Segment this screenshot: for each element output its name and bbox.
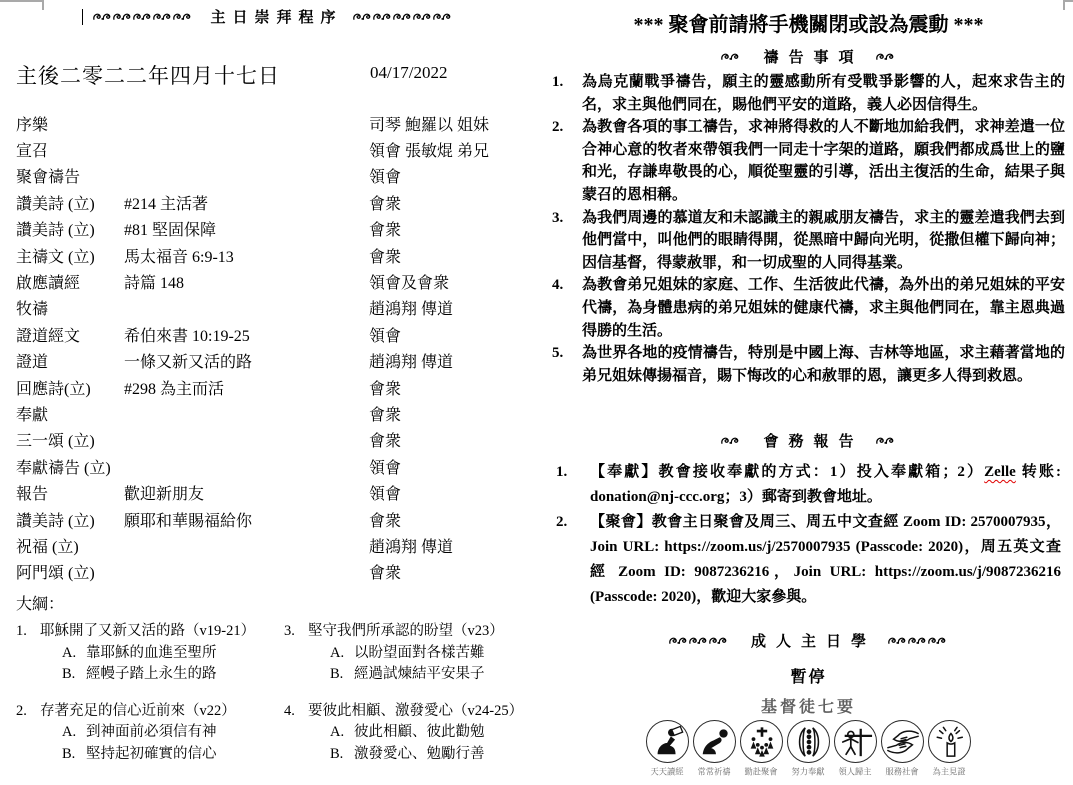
outline-subtext: 以盼望面對各樣苦難 xyxy=(354,643,523,665)
item-number: 1. xyxy=(556,460,590,510)
item-text: 為教會各項的事工禱告，求神將得救的人不斷地加給我們，求神差遣一位合神心意的牧者來… xyxy=(582,116,1065,206)
essential-item: 天天讀經 xyxy=(645,720,691,778)
outline-number: 3. xyxy=(284,621,308,643)
table-row: 宣召領會 張敏焜 弟兄 xyxy=(16,136,521,162)
swirl-ornament xyxy=(721,51,741,62)
outline-subtext: 經過試煉結平安果子 xyxy=(354,664,523,686)
outline-subnumber: A. xyxy=(62,643,86,665)
list-item: 1. 【奉獻】教會接收奉獻的方式：1）投入奉獻箱；2）Zelle 转账: don… xyxy=(556,460,1061,510)
text-cursor xyxy=(82,9,83,25)
service-content: 願耶和華賜福給你 xyxy=(124,508,369,531)
essential-label: 領人歸主 xyxy=(839,766,872,778)
outline-number: 1. xyxy=(16,621,40,643)
list-item: 2. 【聚會】教會主日聚會及周三、周五中文查經 Zoom ID: 2570007… xyxy=(556,510,1061,610)
essential-label: 天天讀經 xyxy=(651,766,684,778)
outline-title: 耶穌開了又新又活的路（v19-21） xyxy=(40,621,284,643)
outline-subtext: 堅持起初確實的信心 xyxy=(86,744,284,766)
essential-item: 努力奉獻 xyxy=(786,720,832,778)
table-row: 主禱文 (立)馬太福音 6:9-13會衆 xyxy=(16,242,521,268)
date-numeric: 04/17/2022 xyxy=(370,63,447,83)
service-item: 主禱文 (立) xyxy=(16,244,124,267)
list-item: 2.為教會各項的事工禱告，求神將得救的人不斷地加給我們，求神差遣一位合神心意的牧… xyxy=(552,116,1065,206)
service-person: 趙鴻翔 傳道 xyxy=(369,296,521,319)
section-heading-text: 成人主日學 xyxy=(741,630,876,651)
swirl-ornament xyxy=(888,635,948,646)
service-person: 領會 xyxy=(369,455,521,478)
service-person: 趙鴻翔 傳道 xyxy=(369,349,521,372)
essential-label: 服務社會 xyxy=(886,766,919,778)
swirl-ornament xyxy=(876,435,896,446)
service-person: 領會及會衆 xyxy=(369,270,521,293)
swirl-ornament xyxy=(669,635,729,646)
outline-subtext: 靠耶穌的血進至聖所 xyxy=(86,643,284,665)
service-item: 牧禱 xyxy=(16,296,124,319)
service-content: 歡迎新朋友 xyxy=(124,481,369,504)
sunday-school-heading: 成人主日學 xyxy=(552,630,1065,651)
seven-essentials-title: 基督徒七要 xyxy=(552,694,1065,717)
service-item: 報告 xyxy=(16,481,124,504)
outline-item: 2.存著充足的信心近前來（v22） A.到神面前必須信有神 B.堅持起初確實的信… xyxy=(16,701,284,766)
table-row: 牧禱趙鴻翔 傳道 xyxy=(16,295,521,321)
attend-meetings-icon xyxy=(740,720,783,763)
service-person: 會衆 xyxy=(369,376,521,399)
service-content: 希伯來書 10:19-25 xyxy=(124,323,369,346)
table-row: 讚美詩 (立)#81 堅固保障會衆 xyxy=(16,216,521,242)
service-item: 奉獻禱告 (立) xyxy=(16,455,124,478)
outline-subtext: 經幔子踏上永生的路 xyxy=(86,664,284,686)
item-number: 1. xyxy=(552,71,582,116)
prayer-section-heading: 禱告事項 xyxy=(552,46,1065,67)
table-row: 報告歡迎新朋友領會 xyxy=(16,479,521,505)
service-title-bar: 主日崇拜程序 xyxy=(0,6,535,27)
swirl-ornament xyxy=(721,435,741,446)
service-item: 回應詩(立) xyxy=(16,376,124,399)
essential-item: 領人歸主 xyxy=(833,720,879,778)
item-number: 3. xyxy=(552,207,582,275)
constant-prayer-icon xyxy=(693,720,736,763)
service-content: #214 主活著 xyxy=(124,191,369,214)
table-row: 三一頌 (立)會衆 xyxy=(16,427,521,453)
essential-label: 為主見證 xyxy=(933,766,966,778)
essential-item: 服務社會 xyxy=(880,720,926,778)
table-row: 祝福 (立)趙鴻翔 傳道 xyxy=(16,532,521,558)
item-text: 為烏克蘭戰爭禱告，願主的靈感動所有受戰爭影響的人，起來求告主的名，求主與他們同在… xyxy=(582,71,1065,116)
section-heading-text: 禱告事項 xyxy=(753,46,863,67)
outline-title: 要彼此相顧、激發愛心（v24-25） xyxy=(308,701,523,723)
sunday-school-status: 暫停 xyxy=(552,664,1065,687)
daily-bible-reading-icon xyxy=(646,720,689,763)
service-item: 三一頌 (立) xyxy=(16,428,124,451)
outline-subnumber: B. xyxy=(330,744,354,766)
table-row: 啟應讀經詩篇 148領會及會衆 xyxy=(16,268,521,294)
table-row: 序樂司琴 鮑羅以 姐妹 xyxy=(16,110,521,136)
list-item: 1.為烏克蘭戰爭禱告，願主的靈感動所有受戰爭影響的人，起來求告主的名，求主與他們… xyxy=(552,71,1065,116)
outline-item: 1.耶穌開了又新又活的路（v19-21） A.靠耶穌的血進至聖所 B.經幔子踏上… xyxy=(16,621,284,686)
outline-column-1: 1.耶穌開了又新又活的路（v19-21） A.靠耶穌的血進至聖所 B.經幔子踏上… xyxy=(16,621,284,780)
table-row: 讚美詩 (立)#214 主活著會衆 xyxy=(16,189,521,215)
service-person: 會衆 xyxy=(369,428,521,451)
outline-label: 大綱： xyxy=(16,591,64,614)
item-number: 4. xyxy=(552,274,582,342)
announcements-page: *** 聚會前請將手機關閉或設為震動 *** 禱告事項 1.為烏克蘭戰爭禱告，願… xyxy=(552,0,1065,785)
item-text: 為教會弟兄姐妹的家庭、工作、生活彼此代禱，為外出的弟兄姐妹的平安代禱，為身體患病… xyxy=(582,274,1065,342)
outline-column-2: 3.堅守我們所承認的盼望（v23） A.以盼望面對各樣苦難 B.經過試煉結平安果… xyxy=(284,621,523,780)
outline-subnumber: B. xyxy=(62,664,86,686)
outline-item: 3.堅守我們所承認的盼望（v23） A.以盼望面對各樣苦難 B.經過試煉結平安果… xyxy=(284,621,523,686)
list-item: 5.為世界各地的疫情禱告，特別是中國上海、吉林等地區，求主藉著當地的弟兄姐妹傳揚… xyxy=(552,342,1065,387)
essential-item: 勤赴聚會 xyxy=(739,720,785,778)
outline-number: 4. xyxy=(284,701,308,723)
item-text: 為世界各地的疫情禱告，特別是中國上海、吉林等地區，求主藉著當地的弟兄姐妹傳揚福音… xyxy=(582,342,1065,387)
essential-label: 努力奉獻 xyxy=(792,766,825,778)
service-item: 聚會禱告 xyxy=(16,164,124,187)
service-item: 啟應讀經 xyxy=(16,270,124,293)
outline-subnumber: A. xyxy=(330,643,354,665)
essential-label: 勤赴聚會 xyxy=(745,766,778,778)
service-person: 會衆 xyxy=(369,217,521,240)
essential-item: 為主見證 xyxy=(927,720,973,778)
meeting-zoom-announcement-text: 【聚會】教會主日聚會及周三、周五中文查經 Zoom ID: 2570007935… xyxy=(590,510,1061,610)
diligent-offering-icon xyxy=(787,720,830,763)
outline-subnumber: A. xyxy=(330,722,354,744)
outline-title: 存著充足的信心近前來（v22） xyxy=(40,701,284,723)
witness-for-lord-icon xyxy=(928,720,971,763)
table-row: 證道經文希伯來書 10:19-25領會 xyxy=(16,321,521,347)
service-person: 趙鴻翔 傳道 xyxy=(369,534,521,557)
service-person: 會衆 xyxy=(369,560,521,583)
outline-subtext: 到神面前必須信有神 xyxy=(86,722,284,744)
list-item: 4.為教會弟兄姐妹的家庭、工作、生活彼此代禱，為外出的弟兄姐妹的平安代禱，為身體… xyxy=(552,274,1065,342)
service-person: 領會 xyxy=(369,481,521,504)
service-person: 司琴 鮑羅以 姐妹 xyxy=(369,112,521,135)
service-content: #81 堅固保障 xyxy=(124,217,369,240)
service-person: 會衆 xyxy=(369,402,521,425)
outline-title: 堅守我們所承認的盼望（v23） xyxy=(308,621,523,643)
service-item: 讚美詩 (立) xyxy=(16,217,124,240)
lead-people-to-lord-icon xyxy=(834,720,877,763)
seven-essentials-graphic: 基督徒七要 天天讀經 xyxy=(552,694,1065,778)
list-item: 3.為我們周邊的慕道友和未認識主的親戚朋友禱告，求主的靈差遣我們去到他們當中，叫… xyxy=(552,207,1065,275)
item-number: 2. xyxy=(556,510,590,610)
outline-item: 4.要彼此相顧、激發愛心（v24-25） A.彼此相顧、彼此勸勉 B.激發愛心、… xyxy=(284,701,523,766)
table-row: 阿門頌 (立)會衆 xyxy=(16,559,521,585)
outline-number: 2. xyxy=(16,701,40,723)
table-row: 讚美詩 (立)願耶和華賜福給你會衆 xyxy=(16,506,521,532)
service-content: #298 為主而活 xyxy=(124,376,369,399)
service-item: 讚美詩 (立) xyxy=(16,508,124,531)
date-row: 主後二零二二年四月十七日 04/17/2022 xyxy=(16,60,521,90)
service-order-table: 序樂司琴 鮑羅以 姐妹 宣召領會 張敏焜 弟兄 聚會禱告領會 讚美詩 (立)#2… xyxy=(16,110,521,585)
item-number: 2. xyxy=(552,116,582,206)
service-content: 詩篇 148 xyxy=(124,270,369,293)
service-item: 宣召 xyxy=(16,138,124,161)
service-item: 證道 xyxy=(16,349,124,372)
item-number: 5. xyxy=(552,342,582,387)
service-person: 領會 xyxy=(369,323,521,346)
service-person: 會衆 xyxy=(369,508,521,531)
sermon-outline: 1.耶穌開了又新又活的路（v19-21） A.靠耶穌的血進至聖所 B.經幔子踏上… xyxy=(16,621,521,780)
service-content: 一條又新又活的路 xyxy=(124,349,369,372)
essential-item: 常常祈禱 xyxy=(692,720,738,778)
church-affairs-heading: 會務報告 xyxy=(552,430,1065,451)
service-item: 讚美詩 (立) xyxy=(16,191,124,214)
swirl-ornament-right xyxy=(353,11,453,22)
table-row: 聚會禱告領會 xyxy=(16,163,521,189)
swirl-ornament-left xyxy=(93,11,193,22)
serve-society-icon xyxy=(881,720,924,763)
outline-subtext: 激發愛心、勉勵行善 xyxy=(354,744,523,766)
service-item: 阿門頌 (立) xyxy=(16,560,124,583)
outline-subnumber: A. xyxy=(62,722,86,744)
offering-announcement-text: 【奉獻】教會接收奉獻的方式：1）投入奉獻箱；2）Zelle 转账: donati… xyxy=(590,460,1061,510)
service-item: 奉獻 xyxy=(16,402,124,425)
swirl-ornament xyxy=(876,51,896,62)
table-row: 回應詩(立)#298 為主而活會衆 xyxy=(16,374,521,400)
essential-label: 常常祈禱 xyxy=(698,766,731,778)
announcement-list: 1. 【奉獻】教會接收奉獻的方式：1）投入奉獻箱；2）Zelle 转账: don… xyxy=(556,460,1061,610)
order-of-service-page: 主日崇拜程序 主後二零二二年四月十七日 04/17/2022 序樂司琴 鮑羅以 … xyxy=(0,0,535,785)
service-item: 序樂 xyxy=(16,112,124,135)
service-person: 會衆 xyxy=(369,191,521,214)
section-heading-text: 會務報告 xyxy=(753,430,863,451)
table-row: 奉獻禱告 (立)領會 xyxy=(16,453,521,479)
worship-bulletin-page: { "page_left": { "title": "主日崇拜程序", "dat… xyxy=(0,0,1073,785)
outline-subnumber: B. xyxy=(330,664,354,686)
outline-subnumber: B. xyxy=(62,744,86,766)
item-text: 為我們周邊的慕道友和未認識主的親戚朋友禱告，求主的靈差遣我們去到他們當中，叫他們… xyxy=(582,207,1065,275)
service-person: 領會 張敏焜 弟兄 xyxy=(369,138,521,161)
page-title: 主日崇拜程序 xyxy=(203,6,342,27)
table-row: 證道一條又新又活的路趙鴻翔 傳道 xyxy=(16,348,521,374)
seven-essentials-row: 天天讀經 常常祈禱 xyxy=(552,720,1065,778)
table-row: 奉獻會衆 xyxy=(16,400,521,426)
service-item: 祝福 (立) xyxy=(16,534,124,557)
outline-subtext: 彼此相顧、彼此勸勉 xyxy=(354,722,523,744)
service-content: 馬太福音 6:9-13 xyxy=(124,244,369,267)
service-person: 領會 xyxy=(369,164,521,187)
service-person: 會衆 xyxy=(369,244,521,267)
phone-silence-notice: *** 聚會前請將手機關閉或設為震動 *** xyxy=(552,8,1065,37)
prayer-items-list: 1.為烏克蘭戰爭禱告，願主的靈感動所有受戰爭影響的人，起來求告主的名，求主與他們… xyxy=(552,71,1065,387)
date-chinese: 主後二零二二年四月十七日 xyxy=(16,64,280,88)
service-item: 證道經文 xyxy=(16,323,124,346)
